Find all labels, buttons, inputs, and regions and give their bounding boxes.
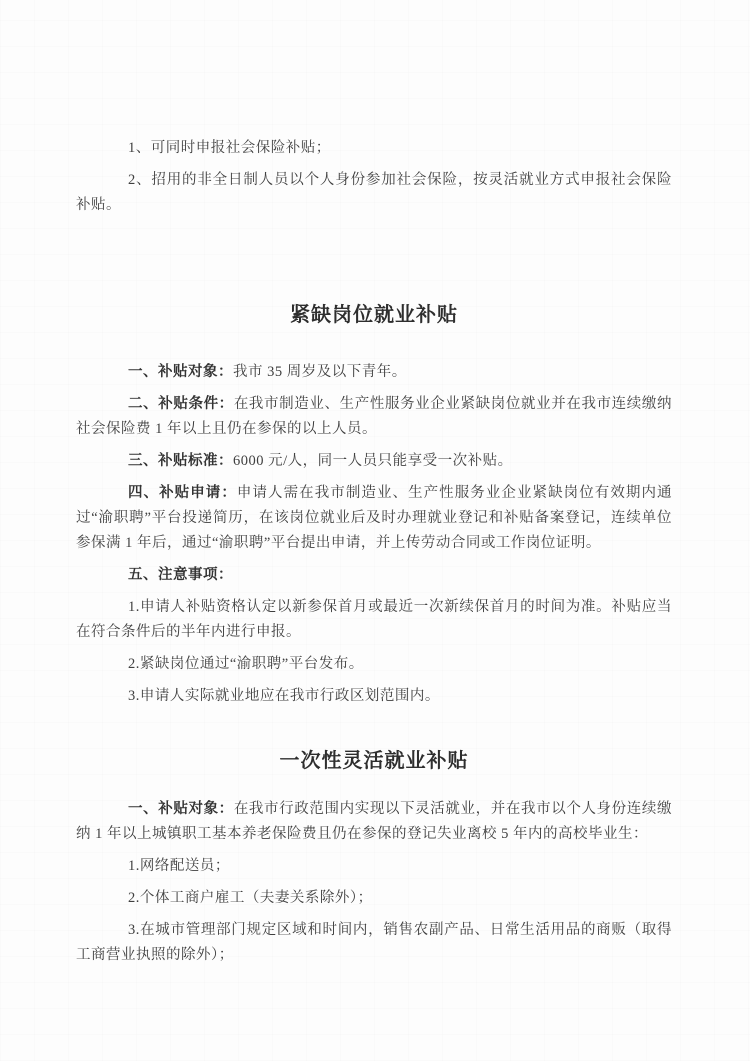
flexible-item-3-text: 3.在城市管理部门规定区域和时间内，销售农副产品、日常生活用品的商贩（取得工商营… [76,922,672,963]
shortage-notes-label: 五、注意事项： [128,567,233,583]
document-content: 1、可同时申报社会保险补贴； 2、招用的非全日制人员以个人身份参加社会保险，按灵… [76,0,672,968]
intro-item-2-text: 2、招用的非全日制人员以个人身份参加社会保险，按灵活就业方式申报社会保险补贴。 [76,172,672,213]
shortage-standard-paragraph: 三、补贴标准：6000 元/人，同一人员只能享受一次补贴。 [76,449,672,474]
flexible-target-paragraph: 一、补贴对象：在我市行政范围内实现以下灵活就业，并在我市以个人身份连续缴纳 1 … [76,797,672,847]
shortage-note-3: 3.申请人实际就业地应在我市行政区划范围内。 [76,684,672,709]
flexible-subsidy-title: 一次性灵活就业补贴 [76,747,672,775]
shortage-standard-text: 6000 元/人，同一人员只能享受一次补贴。 [233,453,513,469]
shortage-note-2: 2.紧缺岗位通过“渝职聘”平台发布。 [76,652,672,677]
flexible-item-1-text: 1.网络配送员； [128,858,230,874]
intro-item-1: 1、可同时申报社会保险补贴； [76,136,672,161]
intro-item-2: 2、招用的非全日制人员以个人身份参加社会保险，按灵活就业方式申报社会保险补贴。 [76,168,672,218]
flexible-item-1: 1.网络配送员； [76,854,672,879]
shortage-note-3-text: 3.申请人实际就业地应在我市行政区划范围内。 [128,688,440,704]
shortage-note-1-text: 1.申请人补贴资格认定以新参保首月或最近一次新续保首月的时间为准。补贴应当在符合… [76,599,672,640]
shortage-subsidy-title: 紧缺岗位就业补贴 [76,301,672,329]
shortage-notes-heading: 五、注意事项： [76,563,672,588]
shortage-standard-label: 三、补贴标准： [128,453,233,469]
flexible-item-2: 2.个体工商户雇工（夫妻关系除外）； [76,886,672,911]
shortage-note-1: 1.申请人补贴资格认定以新参保首月或最近一次新续保首月的时间为准。补贴应当在符合… [76,595,672,645]
shortage-condition-label: 二、补贴条件： [128,396,234,412]
shortage-application-label: 四、补贴申请： [128,485,237,501]
shortage-target-text: 我市 35 周岁及以下青年。 [233,364,407,380]
flexible-item-2-text: 2.个体工商户雇工（夫妻关系除外）； [128,890,373,906]
intro-item-1-text: 1、可同时申报社会保险补贴； [128,140,331,156]
shortage-target-label: 一、补贴对象： [128,364,233,380]
shortage-application-paragraph: 四、补贴申请：申请人需在我市制造业、生产性服务业企业紧缺岗位有效期内通过“渝职聘… [76,481,672,556]
shortage-condition-paragraph: 二、补贴条件：在我市制造业、生产性服务业企业紧缺岗位就业并在我市连续缴纳社会保险… [76,392,672,442]
flexible-item-3: 3.在城市管理部门规定区域和时间内，销售农副产品、日常生活用品的商贩（取得工商营… [76,918,672,968]
flexible-target-label: 一、补贴对象： [128,801,234,817]
shortage-target-paragraph: 一、补贴对象：我市 35 周岁及以下青年。 [76,360,672,385]
shortage-note-2-text: 2.紧缺岗位通过“渝职聘”平台发布。 [128,656,364,672]
scanned-document-page: 1、可同时申报社会保险补贴； 2、招用的非全日制人员以个人身份参加社会保险，按灵… [0,0,750,1061]
